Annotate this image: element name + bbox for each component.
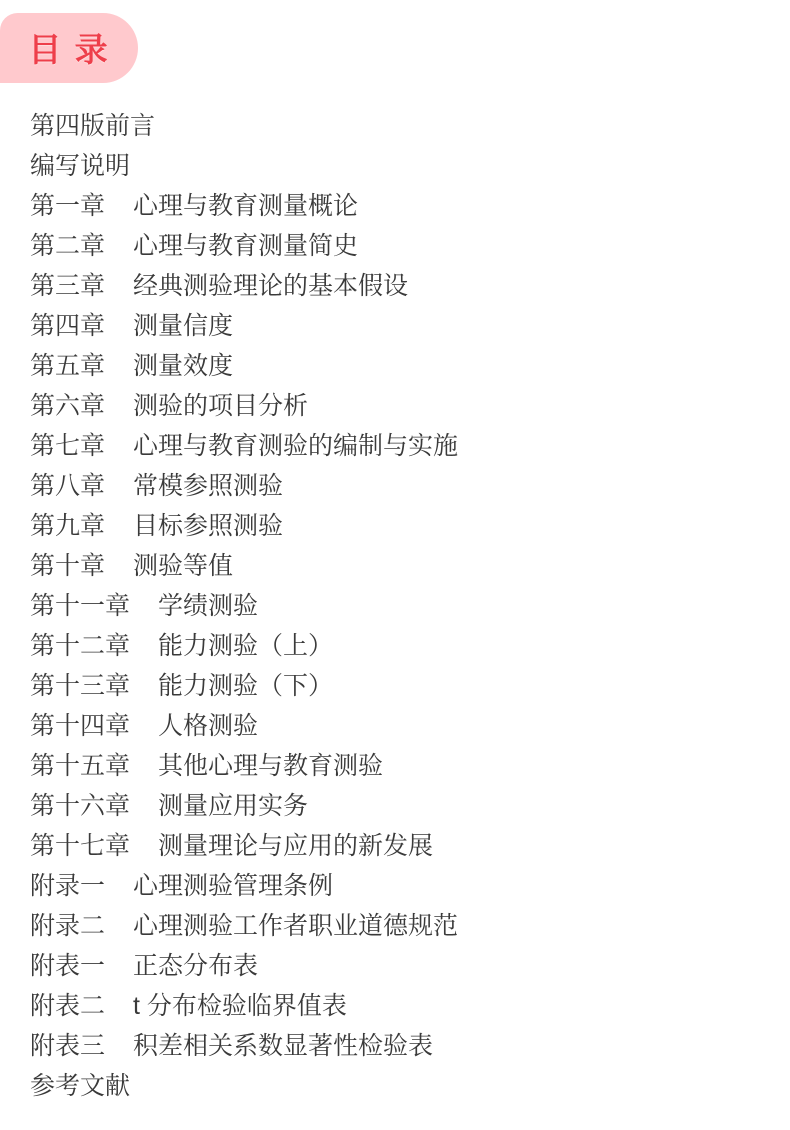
toc-item-label: 第七章 bbox=[30, 426, 105, 466]
toc-item-title: 测量理论与应用的新发展 bbox=[158, 826, 433, 866]
toc-item-label: 第十二章 bbox=[30, 626, 130, 666]
toc-page: 目 录 第四版前言 编写说明 第一章心理与教育测量概论 第二章心理与教育测量简史… bbox=[0, 0, 790, 1130]
toc-item-chapter-4[interactable]: 第四章测量信度 bbox=[30, 306, 770, 346]
toc-item-chapter-10[interactable]: 第十章测验等值 bbox=[30, 546, 770, 586]
toc-header-badge: 目 录 bbox=[0, 13, 138, 83]
toc-item-chapter-15[interactable]: 第十五章其他心理与教育测验 bbox=[30, 746, 770, 786]
toc-item-label: 第十六章 bbox=[30, 786, 130, 826]
toc-item-chapter-14[interactable]: 第十四章人格测验 bbox=[30, 706, 770, 746]
toc-item-title: 人格测验 bbox=[158, 706, 258, 746]
toc-item-label: 第五章 bbox=[30, 346, 105, 386]
toc-item-title: 正态分布表 bbox=[133, 946, 258, 986]
toc-item-label: 第十七章 bbox=[30, 826, 130, 866]
toc-item-label: 第四版前言 bbox=[30, 106, 155, 146]
toc-item-label: 第十四章 bbox=[30, 706, 130, 746]
toc-item-chapter-12[interactable]: 第十二章能力测验（上） bbox=[30, 626, 770, 666]
toc-item-title: 心理测验工作者职业道德规范 bbox=[133, 906, 458, 946]
toc-item-label: 参考文献 bbox=[30, 1066, 130, 1106]
toc-item-table-1[interactable]: 附表一正态分布表 bbox=[30, 946, 770, 986]
toc-item-title: 测验的项目分析 bbox=[133, 386, 308, 426]
toc-item-title: 常模参照测验 bbox=[133, 466, 283, 506]
toc-item-title: 经典测验理论的基本假设 bbox=[133, 266, 408, 306]
toc-item-label: 附表三 bbox=[30, 1026, 105, 1066]
toc-item-chapter-8[interactable]: 第八章常模参照测验 bbox=[30, 466, 770, 506]
toc-item-title: 测量信度 bbox=[133, 306, 233, 346]
toc-item-appendix-2[interactable]: 附录二心理测验工作者职业道德规范 bbox=[30, 906, 770, 946]
toc-item-label: 第二章 bbox=[30, 226, 105, 266]
toc-item-label: 附表一 bbox=[30, 946, 105, 986]
toc-item-references[interactable]: 参考文献 bbox=[30, 1066, 770, 1106]
toc-item-chapter-11[interactable]: 第十一章学绩测验 bbox=[30, 586, 770, 626]
toc-item-title: 心理与教育测量概论 bbox=[133, 186, 358, 226]
toc-item-label: 第四章 bbox=[30, 306, 105, 346]
toc-item-chapter-6[interactable]: 第六章测验的项目分析 bbox=[30, 386, 770, 426]
toc-item-chapter-5[interactable]: 第五章测量效度 bbox=[30, 346, 770, 386]
toc-item-title: 心理与教育测量简史 bbox=[133, 226, 358, 266]
toc-list: 第四版前言 编写说明 第一章心理与教育测量概论 第二章心理与教育测量简史 第三章… bbox=[30, 106, 770, 1106]
toc-item-label: 第一章 bbox=[30, 186, 105, 226]
toc-item-chapter-13[interactable]: 第十三章能力测验（下） bbox=[30, 666, 770, 706]
toc-item-chapter-9[interactable]: 第九章目标参照测验 bbox=[30, 506, 770, 546]
toc-item-label: 附表二 bbox=[30, 986, 105, 1026]
toc-item-title: 能力测验（下） bbox=[158, 666, 333, 706]
toc-item-title: 目标参照测验 bbox=[133, 506, 283, 546]
toc-item-chapter-2[interactable]: 第二章心理与教育测量简史 bbox=[30, 226, 770, 266]
toc-item-title: 测量效度 bbox=[133, 346, 233, 386]
toc-item-table-2[interactable]: 附表二t 分布检验临界值表 bbox=[30, 986, 770, 1026]
toc-item-chapter-1[interactable]: 第一章心理与教育测量概论 bbox=[30, 186, 770, 226]
toc-item-label: 第十三章 bbox=[30, 666, 130, 706]
toc-item-label: 第十章 bbox=[30, 546, 105, 586]
toc-item-table-3[interactable]: 附表三积差相关系数显著性检验表 bbox=[30, 1026, 770, 1066]
toc-item-label: 第三章 bbox=[30, 266, 105, 306]
toc-item-label: 第八章 bbox=[30, 466, 105, 506]
toc-item-title: 测验等值 bbox=[133, 546, 233, 586]
toc-item-label: 第十一章 bbox=[30, 586, 130, 626]
toc-item-label: 附录一 bbox=[30, 866, 105, 906]
toc-item-label: 第九章 bbox=[30, 506, 105, 546]
toc-item-chapter-17[interactable]: 第十七章测量理论与应用的新发展 bbox=[30, 826, 770, 866]
toc-item-chapter-7[interactable]: 第七章心理与教育测验的编制与实施 bbox=[30, 426, 770, 466]
toc-item-appendix-1[interactable]: 附录一心理测验管理条例 bbox=[30, 866, 770, 906]
toc-item-title: 积差相关系数显著性检验表 bbox=[133, 1026, 433, 1066]
toc-item-label: 附录二 bbox=[30, 906, 105, 946]
toc-item-label: 编写说明 bbox=[30, 146, 130, 186]
toc-item-title: 能力测验（上） bbox=[158, 626, 333, 666]
toc-header-title: 目 录 bbox=[28, 24, 109, 73]
toc-item-title: t 分布检验临界值表 bbox=[133, 986, 347, 1026]
toc-item-chapter-3[interactable]: 第三章经典测验理论的基本假设 bbox=[30, 266, 770, 306]
toc-item-label: 第十五章 bbox=[30, 746, 130, 786]
toc-item-title: 心理测验管理条例 bbox=[133, 866, 333, 906]
toc-item-chapter-16[interactable]: 第十六章测量应用实务 bbox=[30, 786, 770, 826]
toc-item-label: 第六章 bbox=[30, 386, 105, 426]
toc-item-title: 心理与教育测验的编制与实施 bbox=[133, 426, 458, 466]
toc-item-title: 其他心理与教育测验 bbox=[158, 746, 383, 786]
toc-item-editorial-notes[interactable]: 编写说明 bbox=[30, 146, 770, 186]
toc-item-title: 学绩测验 bbox=[158, 586, 258, 626]
toc-item-title: 测量应用实务 bbox=[158, 786, 308, 826]
toc-item-preface-4th-edition[interactable]: 第四版前言 bbox=[30, 106, 770, 146]
